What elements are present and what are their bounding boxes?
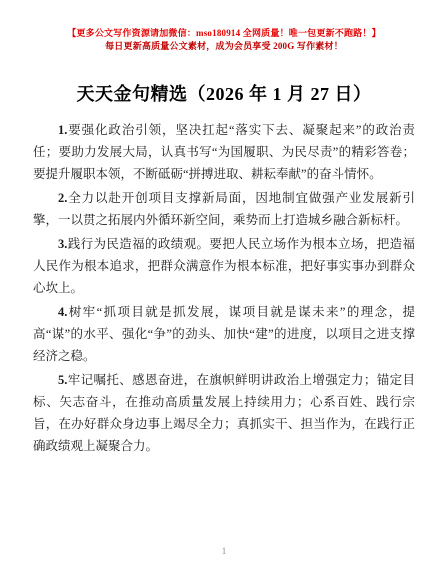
paragraph-3-text: 践行为民造福的政绩观。要把人民立场作为根本立场，把造福人民作为根本追求，把群众满… xyxy=(33,237,415,295)
paragraph-4-number: 4. xyxy=(58,305,67,319)
page-number: 1 xyxy=(0,546,448,556)
paragraph-5: 5.牢记嘱托、感恩奋进，在旗帜鲜明讲政治上增强定力；锚定目标、矢志奋斗，在推动高… xyxy=(33,369,415,457)
paragraph-2-text: 全力以赴开创项目支撑新局面，因地制宜做强产业发展新引擎，一以贯之拓展内外循环新空… xyxy=(33,191,415,227)
paragraph-2: 2.全力以赴开创项目支撑新局面，因地制宜做强产业发展新引擎，一以贯之拓展内外循环… xyxy=(33,187,415,231)
paragraph-1-text: 要强化政治引领，坚决扛起“落实下去、凝聚起来”的政治责任；要助力发展大局，认真书… xyxy=(33,123,415,181)
paragraph-3: 3.践行为民造福的政绩观。要把人民立场作为根本立场，把造福人民作为根本追求，把群… xyxy=(33,233,415,299)
paragraph-2-number: 2. xyxy=(58,191,67,205)
paragraph-5-number: 5. xyxy=(58,373,67,387)
ad-header-line1: 【更多公文写作资源请加微信：mso180914 全网质量！唯一包更新不跑路！】 xyxy=(33,27,415,40)
paragraph-1: 1.要强化政治引领，坚决扛起“落实下去、凝聚起来”的政治责任；要助力发展大局，认… xyxy=(33,119,415,185)
document-body: 1.要强化政治引领，坚决扛起“落实下去、凝聚起来”的政治责任；要助力发展大局，认… xyxy=(33,119,415,457)
ad-header: 【更多公文写作资源请加微信：mso180914 全网质量！唯一包更新不跑路！】 … xyxy=(33,27,415,53)
ad-header-line2: 每日更新高质量公文素材，成为会员享受 200G 写作素材！ xyxy=(33,40,415,53)
paragraph-3-number: 3. xyxy=(58,237,67,251)
paragraph-4: 4.树牢“抓项目就是抓发展，谋项目就是谋未来”的理念，提高“谋”的水平、强化“争… xyxy=(33,301,415,367)
paragraph-1-number: 1. xyxy=(58,123,67,137)
document-page: 【更多公文写作资源请加微信：mso180914 全网质量！唯一包更新不跑路！】 … xyxy=(0,0,448,580)
paragraph-4-text: 树牢“抓项目就是抓发展，谋项目就是谋未来”的理念，提高“谋”的水平、强化“争”的… xyxy=(33,305,415,363)
paragraph-5-text: 牢记嘱托、感恩奋进，在旗帜鲜明讲政治上增强定力；锚定目标、矢志奋斗，在推动高质量… xyxy=(33,373,415,453)
page-title: 天天金句精选（2026 年 1 月 27 日） xyxy=(33,80,415,106)
